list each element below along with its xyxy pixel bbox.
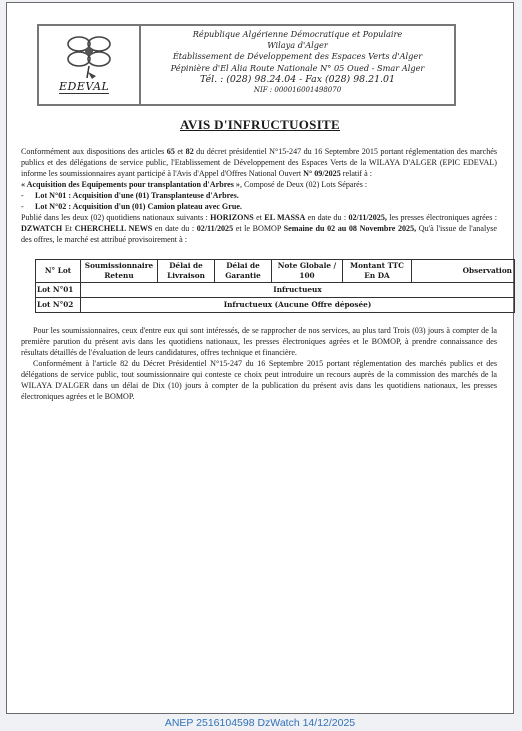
col-header-amount: Montant TTC En DA bbox=[343, 260, 412, 283]
lot-cell: Lot N°01 bbox=[36, 283, 81, 298]
intro-paragraph: Conformément aux dispositions des articl… bbox=[21, 146, 497, 179]
col-header-delivery: Délai de Livraison bbox=[158, 260, 215, 283]
logo-text: EDEVAL bbox=[59, 80, 109, 94]
appeal-paragraph: Conformément à l'article 82 du Décret Pr… bbox=[21, 358, 497, 402]
header-line-establishment: Établissement de Développement des Espac… bbox=[141, 51, 454, 62]
header-line-phone: Tél. : (028) 98.24.04 - Fax (028) 98.21.… bbox=[141, 74, 454, 85]
header-line-wilaya: Wilaya d'Alger bbox=[141, 40, 454, 51]
letterhead-text: République Algérienne Démocratique et Po… bbox=[141, 26, 454, 104]
lot-item: -Lot N°02 : Acquisition d'un (01) Camion… bbox=[21, 201, 497, 212]
lot-item: -Lot N°01 : Acquisition d'une (01) Trans… bbox=[21, 190, 497, 201]
result-cell: Infructueux bbox=[81, 283, 515, 298]
col-header-bidder: Soumissionnaire Retenu bbox=[81, 260, 158, 283]
letterhead: EDEVAL République Algérienne Démocratiqu… bbox=[37, 24, 456, 106]
intro-section: Conformément aux dispositions des articl… bbox=[21, 146, 497, 245]
subject-line: « Acquisition des Equipements pour trans… bbox=[21, 179, 497, 190]
col-header-observation: Observation bbox=[412, 260, 515, 283]
col-header-lot: N° Lot bbox=[36, 260, 81, 283]
consultation-paragraph: Pour les soumissionnaires, ceux d'entre … bbox=[21, 325, 497, 358]
lot-cell: Lot N°02 bbox=[36, 298, 81, 313]
header-line-republic: République Algérienne Démocratique et Po… bbox=[141, 29, 454, 40]
header-line-address: Pépinière d'El Alia Route Nationale N° 0… bbox=[141, 63, 454, 74]
document-page: EDEVAL République Algérienne Démocratiqu… bbox=[6, 2, 514, 714]
edeval-logo: EDEVAL bbox=[39, 26, 141, 104]
result-cell: Infructueux (Aucune Offre déposée) bbox=[81, 298, 515, 313]
results-table: N° Lot Soumissionnaire Retenu Délai de L… bbox=[35, 259, 515, 313]
table-header-row: N° Lot Soumissionnaire Retenu Délai de L… bbox=[36, 260, 515, 283]
col-header-score: Note Globale / 100 bbox=[272, 260, 343, 283]
header-line-nif: NIF : 000016001498070 bbox=[141, 85, 454, 96]
document-title: AVIS D'INFRUCTUOSITE bbox=[7, 117, 513, 133]
outro-section: Pour les soumissionnaires, ceux d'entre … bbox=[21, 325, 497, 402]
table-row: Lot N°01 Infructueux bbox=[36, 283, 515, 298]
publication-paragraph: Publié dans les deux (02) quotidiens nat… bbox=[21, 212, 497, 245]
col-header-warranty: Délai de Garantie bbox=[215, 260, 272, 283]
flower-logo-icon bbox=[61, 32, 117, 82]
table-row: Lot N°02 Infructueux (Aucune Offre dépos… bbox=[36, 298, 515, 313]
anep-reference: ANEP 2516104598 DzWatch 14/12/2025 bbox=[7, 717, 513, 729]
